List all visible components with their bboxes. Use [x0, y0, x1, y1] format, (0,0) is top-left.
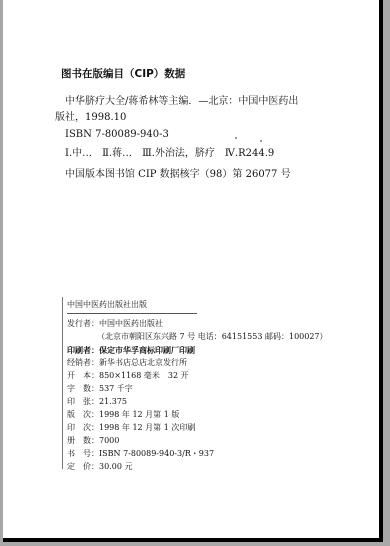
colophon-row-printing: 印 次：1998 年 12 月第 1 次印刷: [67, 424, 195, 432]
colophon-row-copies: 册 数：7000: [67, 437, 119, 445]
cip-isbn: ISBN 7-80089-940-3: [65, 130, 169, 140]
document-page: 图书在版编目（CIP）数据 中华脐疗大全/蒋希林等主编．—北京：中国中医药出 版…: [3, 0, 383, 542]
cip-subjects: Ⅰ.中… Ⅱ.蒋… Ⅲ.外治法，脐疗 Ⅳ.R244.9: [65, 149, 274, 159]
colophon-left-rule: [62, 297, 63, 469]
colophon-row-address: （北京市朝阳区东兴路 7 号 电话：64151553 邮码：100027）: [97, 333, 328, 341]
colophon-divider: [67, 313, 197, 314]
scan-speck: [235, 137, 237, 139]
cip-line-2: 版社，1998.10: [55, 113, 126, 123]
cip-library-number: 中国版本图书馆 CIP 数据核字（98）第 26077 号: [65, 170, 291, 180]
colophon-row-price: 定 价：30.00 元: [67, 463, 132, 471]
colophon-row-seller: 经销者：新华书店总店北京发行所: [67, 359, 187, 367]
colophon-row-book-number: 书 号：ISBN 7-80089-940-3/R・937: [67, 450, 214, 458]
cip-title: 图书在版编目（CIP）数据: [61, 69, 185, 80]
colophon-row-printer: 印刷者：保定市华孚商标印刷厂印刷: [67, 346, 195, 354]
scan-speck: [260, 140, 262, 142]
colophon-header: 中国中医药出版社出版: [67, 301, 147, 309]
colophon-row-format: 开 本：850×1168 毫米 32 开: [67, 372, 189, 380]
colophon-row-wordcount: 字 数：537 千字: [67, 385, 133, 393]
colophon-row-sheets: 印 张：21.375: [67, 398, 127, 406]
cip-line-1: 中华脐疗大全/蒋希林等主编．—北京：中国中医药出: [65, 97, 298, 107]
colophon-row-edition: 版 次：1998 年 12 月第 1 版: [67, 411, 179, 419]
colophon-row-distributor: 发行者：中国中医药出版社: [67, 320, 163, 328]
